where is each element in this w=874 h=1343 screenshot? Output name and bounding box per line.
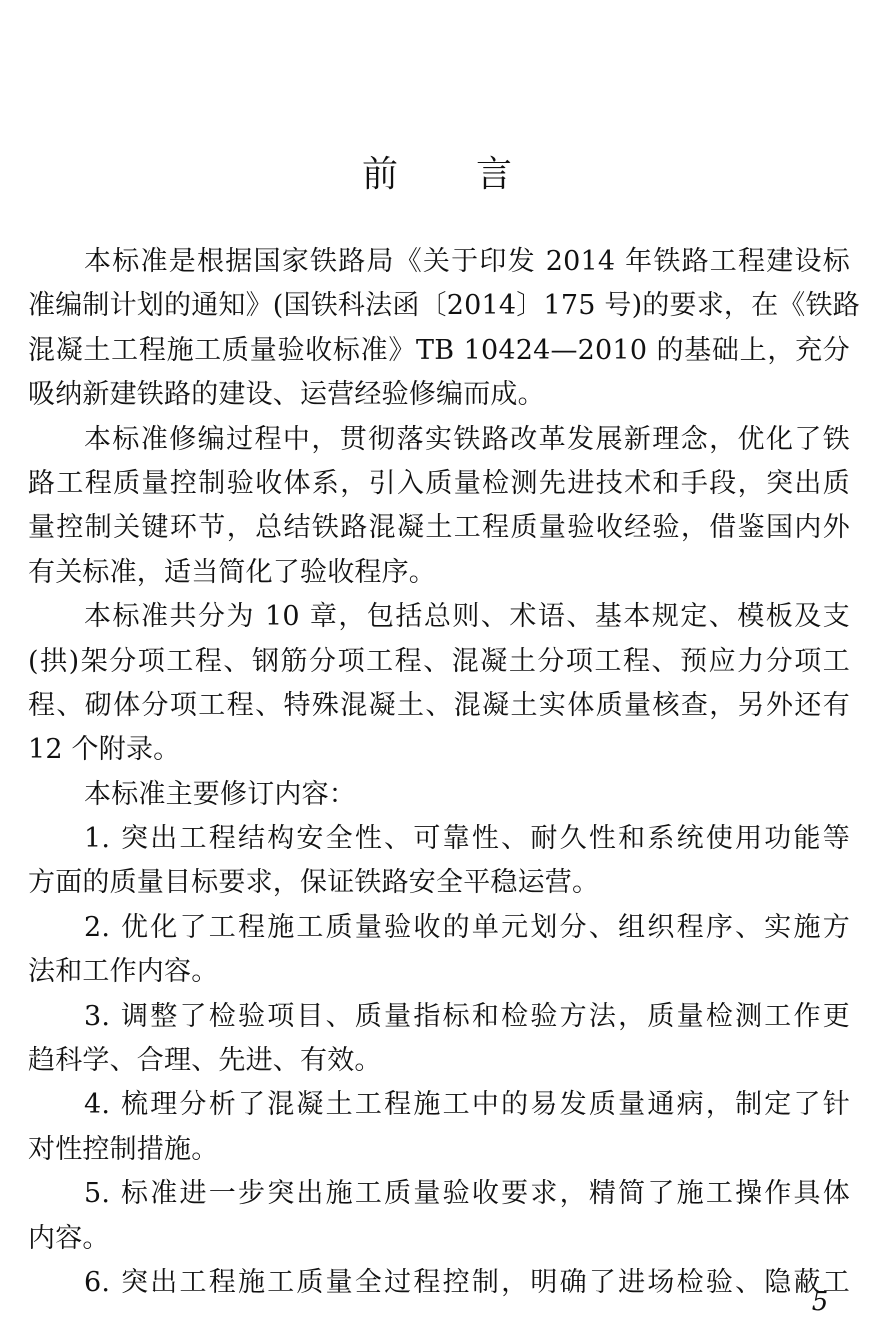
text-line: 6. 突出工程施工质量全过程控制，明确了进场检验、隐蔽工	[28, 1261, 850, 1305]
preface-body: 本标准是根据国家铁路局《关于印发 2014 年铁路工程建设标 准编制计划的通知》…	[28, 240, 850, 1305]
text-line: 准编制计划的通知》(国铁科法函〔2014〕175 号)的要求，在《铁路	[28, 284, 850, 328]
text-line: 本标准主要修订内容：	[28, 773, 850, 817]
text-line: 本标准共分为 10 章，包括总则、术语、基本规定、模板及支	[28, 595, 850, 639]
text-line: 本标准是根据国家铁路局《关于印发 2014 年铁路工程建设标	[28, 240, 850, 284]
text-line: 2. 优化了工程施工质量验收的单元划分、组织程序、实施方	[28, 906, 850, 950]
text-line: 3. 调整了检验项目、质量指标和检验方法，质量检测工作更	[28, 995, 850, 1039]
text-line: 混凝土工程施工质量验收标准》TB 10424—2010 的基础上，充分	[28, 329, 850, 373]
text-line: 1. 突出工程结构安全性、可靠性、耐久性和系统使用功能等	[28, 817, 850, 861]
text-line: 5. 标准进一步突出施工质量验收要求，精简了施工操作具体	[28, 1172, 850, 1216]
text-line: (拱)架分项工程、钢筋分项工程、混凝土分项工程、预应力分项工	[28, 640, 850, 684]
text-line: 12 个附录。	[28, 728, 850, 772]
page-title: 前言	[0, 150, 874, 200]
title-char-1: 前	[362, 150, 398, 200]
text-line: 方面的质量目标要求，保证铁路安全平稳运营。	[28, 861, 850, 905]
text-line: 路工程质量控制验收体系，引入质量检测先进技术和手段，突出质	[28, 462, 850, 506]
text-line: 程、砌体分项工程、特殊混凝土、混凝土实体质量核查，另外还有	[28, 684, 850, 728]
text-line: 本标准修编过程中，贯彻落实铁路改革发展新理念，优化了铁	[28, 418, 850, 462]
title-char-2: 言	[476, 150, 512, 200]
text-line: 内容。	[28, 1217, 850, 1261]
text-line: 对性控制措施。	[28, 1128, 850, 1172]
text-line: 法和工作内容。	[28, 950, 850, 994]
text-line: 4. 梳理分析了混凝土工程施工中的易发质量通病，制定了针	[28, 1083, 850, 1127]
text-line: 有关标准，适当简化了验收程序。	[28, 551, 850, 595]
text-line: 吸纳新建铁路的建设、运营经验修编而成。	[28, 373, 850, 417]
text-line: 趋科学、合理、先进、有效。	[28, 1039, 850, 1083]
page-number: 5	[800, 1284, 840, 1320]
text-line: 量控制关键环节，总结铁路混凝土工程质量验收经验，借鉴国内外	[28, 506, 850, 550]
